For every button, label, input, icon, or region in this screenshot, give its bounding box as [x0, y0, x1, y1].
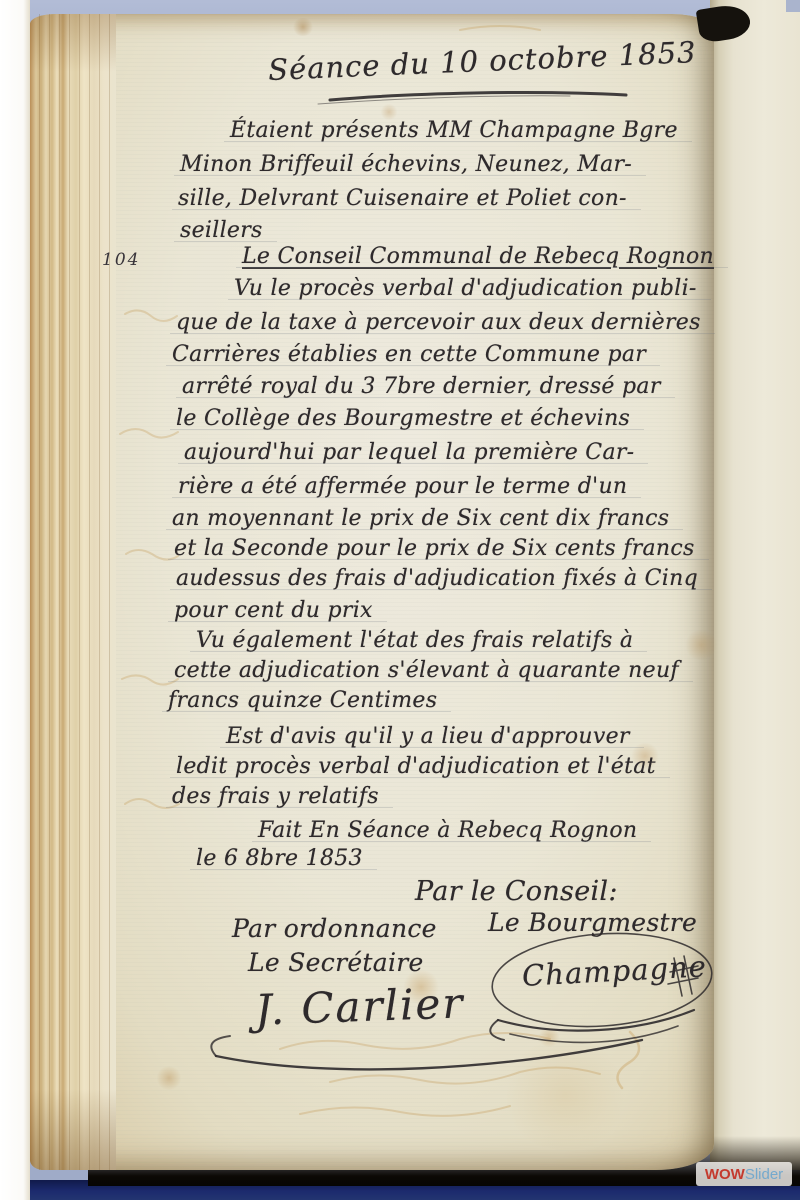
manuscript-line: pour cent du prix: [174, 598, 373, 623]
manuscript-line: cette adjudication s'élevant à quarante …: [174, 658, 679, 683]
margin-entry-number: 104: [102, 250, 140, 270]
manuscript-line: Le Conseil Communal de Rebecq Rognon: [242, 244, 714, 269]
seance-heading: Séance du 10 octobre 1853: [267, 35, 697, 87]
watermark-wow-label: WOW: [705, 1166, 745, 1183]
signature-bourgmestre: Champagne: [521, 949, 707, 993]
closing-by-council: Par le Conseil:: [415, 876, 618, 907]
manuscript-line: an moyennant le prix de Six cent dix fra…: [172, 506, 669, 531]
photo-scene: Séance du 10 octobre 1853 104 Étaient pr…: [0, 0, 800, 1200]
signature-secretaire: J. Carlier: [254, 978, 465, 1034]
facing-page: [710, 0, 800, 1170]
manuscript-line: seillers: [180, 218, 263, 243]
manuscript-line: audessus des frais d'adjudication fixés …: [176, 566, 698, 591]
manuscript-line: aujourd'hui par lequel la première Car-: [184, 440, 634, 465]
closing-left-line1: Par ordonnance: [232, 914, 437, 943]
manuscript-line: Vu le procès verbal d'adjudication publi…: [234, 276, 697, 301]
manuscript-page: Séance du 10 octobre 1853 104 Étaient pr…: [30, 14, 714, 1170]
closing-right-title: Le Bourgmestre: [488, 908, 697, 937]
wowslider-watermark[interactable]: WOWSlider: [696, 1162, 792, 1186]
manuscript-line: sille, Delvrant Cuisenaire et Poliet con…: [178, 186, 627, 211]
closing-left-line2: Le Secrétaire: [248, 948, 424, 977]
manuscript-line: arrêté royal du 3 7bre dernier, dressé p…: [182, 374, 661, 399]
manuscript-line: le Collège des Bourgmestre et échevins: [176, 406, 630, 431]
manuscript-line: le 6 8bre 1853: [196, 846, 363, 871]
manuscript-line: Carrières établies en cette Commune par: [172, 342, 646, 367]
manuscript-line: Est d'avis qu'il y a lieu d'approuver: [226, 724, 630, 749]
manuscript-line: des frais y relatifs: [172, 784, 379, 809]
scan-edge-strip: [0, 0, 30, 1200]
manuscript-line: Vu également l'état des frais relatifs à: [196, 628, 633, 653]
manuscript-line: Minon Briffeuil échevins, Neunez, Mar-: [180, 152, 632, 177]
manuscript-line: Étaient présents MM Champagne Bgre: [230, 118, 678, 143]
manuscript-line: Fait En Séance à Rebecq Rognon: [258, 818, 637, 843]
manuscript-line: francs quinze Centimes: [168, 688, 437, 713]
background-corner-sliver: [786, 0, 800, 12]
manuscript-line: et la Seconde pour le prix de Six cents …: [174, 536, 695, 561]
handwritten-text-block: Séance du 10 octobre 1853 104 Étaient pr…: [30, 14, 714, 1170]
manuscript-line: que de la taxe à percevoir aux deux dern…: [176, 310, 701, 335]
manuscript-line: ledit procès verbal d'adjudication et l'…: [176, 754, 656, 779]
watermark-slider-label: Slider: [745, 1166, 783, 1183]
manuscript-line: rière a été affermée pour le terme d'un: [178, 474, 627, 499]
